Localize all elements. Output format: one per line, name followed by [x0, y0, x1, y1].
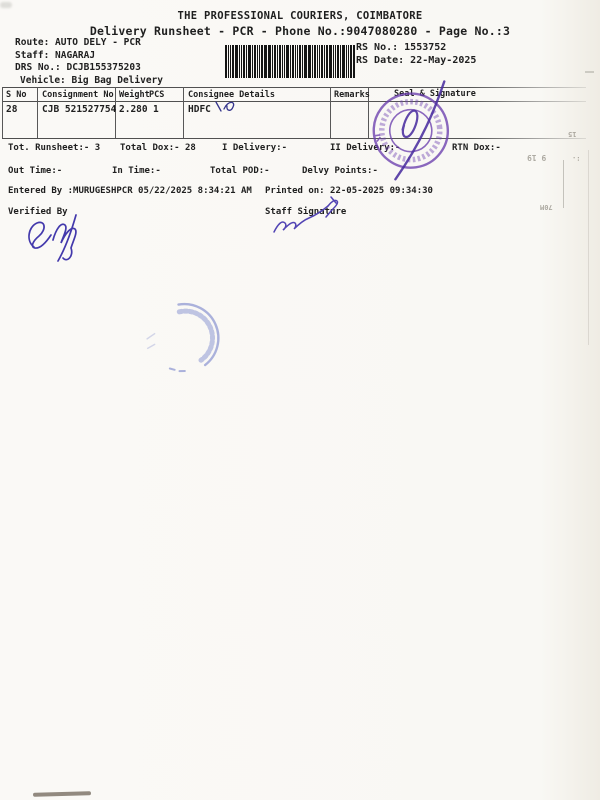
scan-corner-mark [33, 791, 91, 796]
col-header-pcs: PCS [149, 90, 164, 100]
table-col-border [330, 87, 331, 138]
vehicle-line: Vehicle: Big Bag Delivery [20, 75, 163, 86]
row-consignee: HDFC [188, 104, 211, 115]
table-header-border [2, 101, 586, 102]
table-col-border [183, 87, 184, 138]
seal-stamp [353, 77, 479, 202]
total-dox-label: Total Dox:- [120, 143, 180, 153]
scan-smudge-top-left [0, 2, 12, 8]
out-time: Out Time:- [8, 166, 62, 176]
i-delivery: I Delivery:- [222, 143, 287, 153]
bleed-line [563, 160, 564, 208]
rs-date-line: RS Date: 22-May-2025 [356, 55, 476, 66]
staff-line: Staff: NAGARAJ [15, 50, 95, 61]
entered-by: Entered By :MURUGESHPCR 05/22/2025 8:34:… [8, 186, 252, 196]
bleed-mark: :. [572, 155, 580, 163]
total-pod: Total POD:- [210, 166, 270, 176]
col-header-sno: S No [6, 90, 26, 100]
row-consignment: CJB 521527754 [42, 104, 116, 115]
scan-edge-dash [585, 71, 594, 73]
row-pcs: 1 [153, 104, 159, 115]
tot-runsheet: Tot. Runsheet:- 3 [8, 143, 100, 153]
verified-by-signature [20, 207, 94, 265]
faint-digital-stamp [130, 278, 259, 396]
table-col-border [2, 87, 3, 138]
page-subtitle: Delivery Runsheet - PCR - Phone No.:9047… [0, 24, 600, 38]
table-col-border [37, 87, 38, 138]
bleed-mark: 15 [568, 130, 576, 138]
row-weight: 2.280 [119, 104, 148, 115]
in-time: In Time:- [112, 166, 161, 176]
table-top-border [2, 87, 586, 88]
scanned-delivery-runsheet: THE PROFESSIONAL COURIERS, COIMBATORE De… [0, 0, 600, 800]
table-bottom-border [2, 138, 586, 139]
pen-mark-consignee [212, 98, 242, 118]
row-sno: 28 [6, 104, 17, 115]
scan-edge-line [588, 150, 589, 345]
page-title: THE PROFESSIONAL COURIERS, COIMBATORE [0, 10, 600, 22]
col-header-weight: Weight [119, 90, 150, 100]
col-header-consignment: Consignment No [42, 90, 114, 100]
staff-signature-handwriting [268, 194, 350, 240]
bleed-mark: 9 19 [527, 153, 546, 162]
total-dox-value: 28 [185, 143, 196, 153]
drs-no-line: DRS No.: DCJB155375203 [15, 62, 141, 73]
rs-no-line: RS No.: 1553752 [356, 42, 446, 53]
bleed-mark: 70M [540, 203, 553, 211]
runsheet-barcode [225, 45, 355, 78]
route-line: Route: AUTO DELY - PCR [15, 37, 141, 48]
